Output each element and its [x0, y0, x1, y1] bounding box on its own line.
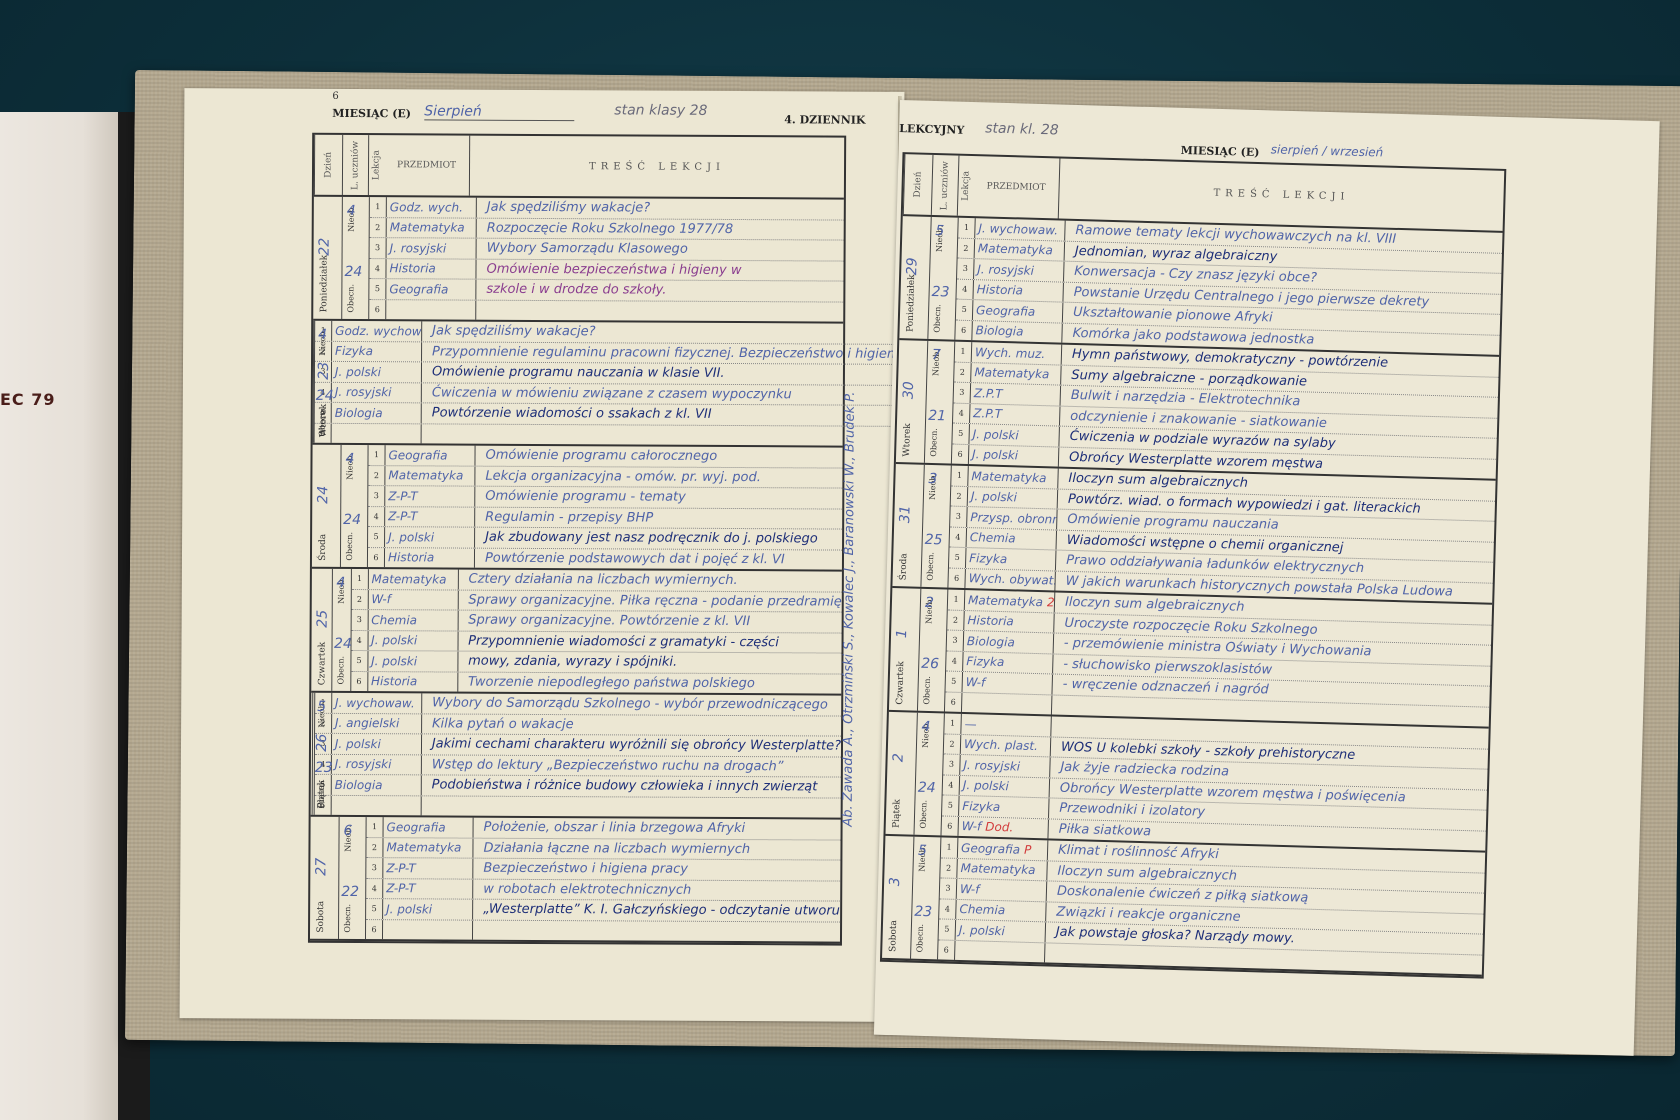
absent-count: 5: [935, 223, 944, 239]
column-header-students: L. uczniów: [931, 155, 959, 216]
lesson-number: 1: [368, 445, 385, 465]
lesson-number: 2: [954, 362, 972, 382]
lesson-row: 2MatematykaRozpoczęcie Roku Szkolnego 19…: [370, 218, 844, 241]
day-name: Wtorek: [902, 423, 913, 457]
lesson-subject: Historia: [385, 548, 475, 568]
lesson-topic: Powtórzenie podstawowych dat i pojęć z k…: [475, 548, 842, 569]
lesson-row: 1Godz. wych.Jak spędziliśmy wakacje?: [370, 197, 844, 220]
lesson-number: 5: [939, 919, 957, 939]
lesson-subject: Godz. wych.: [387, 197, 477, 217]
lesson-row: 5J. polskiJak zbudowany jest nasz podręc…: [368, 527, 842, 550]
lesson-subject: W-f: [963, 672, 1054, 694]
lesson-number: 2: [368, 466, 385, 486]
lesson-subject: J. wychowaw.: [975, 218, 1066, 240]
lesson-subject: [331, 795, 421, 815]
present-label: Obecn.: [919, 800, 929, 829]
absent-count: 4: [347, 203, 356, 219]
lesson-row: 5Geografiaszkole i w drodze do szkoły.: [369, 279, 843, 302]
day-name-cell: Czwartek1: [889, 588, 921, 711]
absent-count: 5: [317, 699, 326, 715]
lesson-subject: Matematyka: [383, 838, 473, 858]
attendance-cell: Nieob.Obecn.424: [342, 197, 370, 319]
day-name-cell: Czwartek25: [311, 569, 332, 691]
lesson-row: 3Z-P-TOmówienie programu - tematy: [368, 486, 842, 509]
lesson-subject: Matematyka: [971, 363, 1062, 385]
present-label: Obecn.: [922, 676, 932, 705]
present-label: Obecn.: [318, 408, 327, 437]
day-name: Czwartek: [895, 661, 906, 705]
lesson-topic: Przypomnienie regulaminu pracowni fizycz…: [422, 342, 944, 364]
absent-count: 4: [345, 451, 354, 467]
day-date: 22: [317, 238, 333, 256]
day-block: Środa24Nieob.Obecn.4241GeografiaOmówieni…: [312, 445, 843, 572]
lesson-rows: 1GeografiaPKlimat i roślinność Afryki2Ma…: [938, 837, 1485, 974]
margin-absence-note: Ab. Zawada A., Otrzmiński S., Kowalec J.…: [841, 392, 858, 827]
lesson-number: 2: [366, 838, 383, 858]
present-count: 23: [931, 284, 949, 300]
lesson-subject: Matematyka: [387, 218, 477, 238]
lesson-number: 1: [944, 713, 962, 733]
lesson-number: 6: [948, 568, 966, 588]
present-count: 24: [334, 636, 352, 652]
lesson-subject: Biologia: [332, 775, 422, 795]
lesson-subject: Chemia: [368, 610, 458, 630]
present-label: Obecn.: [929, 428, 939, 457]
lesson-topic: Położenie, obszar i linia brzegowa Afryk…: [474, 818, 841, 839]
present-label: Obecn.: [317, 780, 326, 809]
attendance-cell: Nieob.Obecn.325: [921, 465, 951, 588]
present-count: 24: [344, 264, 362, 280]
lesson-topic: Powtórzenie wiadomości o ssakach z kl. V…: [422, 403, 944, 425]
lesson-topic: Cztery działania na liczbach wymiernych.: [458, 570, 841, 592]
lesson-subject: Matematyka2: [965, 590, 1056, 612]
attendance-cell: Nieob.Obecn.523: [928, 217, 958, 340]
lesson-topic: Wybory Samorządu Klasowego: [477, 239, 844, 260]
lesson-number: 3: [954, 383, 972, 403]
class-size-note: stan klasy 28: [614, 102, 707, 118]
lesson-number: 5: [946, 672, 964, 692]
lesson-subject: —: [961, 714, 1052, 736]
lesson-topic: szkole i w drodze do szkoły.: [476, 280, 843, 301]
lesson-number: 3: [940, 878, 958, 898]
adjacent-book-label: EC 79: [0, 390, 56, 409]
lesson-subject: Z-P-T: [385, 507, 475, 527]
day-name: Poniedziałek: [319, 255, 329, 313]
absent-count: 3: [928, 471, 937, 487]
lesson-rows: 1J. wychowaw.Wybory do Samorządu Szkolne…: [314, 693, 841, 818]
lesson-subject: Historia: [964, 611, 1055, 633]
lesson-subject: Biologia: [964, 631, 1055, 653]
column-header-content: TREŚĆ LEKCJI: [470, 136, 844, 198]
day-block: Środa31Nieob.Obecn.3251MatematykaIloczyn…: [892, 464, 1495, 605]
lesson-number: 4: [953, 403, 971, 423]
lesson-number: 4: [956, 279, 974, 299]
lesson-subject: Historia: [368, 672, 458, 692]
lesson-row: 5BiologiaPodobieństwa i różnice budowy c…: [315, 775, 841, 798]
attendance-cell: Nieob.Obecn.424: [341, 445, 369, 567]
lesson-subject: J. wychowaw.: [332, 693, 422, 713]
lesson-number: 4: [366, 879, 383, 899]
lesson-number: 3: [351, 610, 368, 630]
lesson-topic: mowy, zdania, wyrazy i spójniki.: [458, 652, 841, 674]
lesson-rows: 1GeografiaPołożenie, obszar i linia brze…: [366, 817, 841, 941]
day-block: Sobota27Nieob.Obecn.6221GeografiaPołożen…: [310, 817, 841, 944]
day-date: 31: [897, 506, 913, 524]
lesson-subject: J. polski: [368, 651, 458, 671]
present-count: 23: [315, 760, 333, 776]
lesson-subject: Geografia: [973, 300, 1064, 322]
lesson-rows: 1Godz. wych.Jak spędziliśmy wakacje?2Mat…: [369, 197, 844, 321]
present-label: Obecn.: [346, 284, 355, 313]
lesson-row: 6HistoriaTworzenie niepodległego państwa…: [351, 672, 841, 694]
lesson-topic: Omówienie programu nauczania w klasie VI…: [422, 362, 944, 384]
lesson-row: 6: [314, 795, 840, 817]
day-name: Poniedziałek: [906, 275, 918, 333]
grade-mark: Dod.: [985, 820, 1013, 835]
lesson-subject: [955, 940, 1046, 962]
day-name-cell: Poniedziałek29: [899, 216, 931, 339]
day-name: Środa: [318, 534, 328, 561]
day-date: 3: [887, 877, 903, 886]
column-header-lesson: Lekcja: [957, 156, 975, 216]
column-header-day: Dzień: [903, 154, 933, 215]
lesson-topic: [476, 300, 843, 321]
lesson-subject: Fizyka: [963, 651, 1054, 673]
lesson-row: 2W-fSprawy organizacyjne. Piłka ręczna -…: [351, 590, 841, 613]
lesson-number: 6: [955, 320, 973, 340]
lesson-row: 6HistoriaPowtórzenie podstawowych dat i …: [368, 548, 842, 570]
lesson-row: 3Z-P-TBezpieczeństwo i higiena pracy: [366, 858, 840, 881]
lesson-row: 1J. wychowaw.Wybory do Samorządu Szkolne…: [315, 693, 841, 716]
column-header-lesson: Lekcja: [368, 135, 384, 195]
day-block: Poniedziałek22Nieob.Obecn.4241Godz. wych…: [313, 197, 844, 324]
register-title-part: LEKCYJNY: [899, 122, 964, 137]
lesson-number: 5: [366, 899, 383, 919]
lesson-number: 2: [944, 734, 962, 754]
present-label: Obecn.: [926, 552, 936, 581]
day-date: 25: [315, 610, 331, 628]
lesson-subject: J. polski: [368, 631, 458, 651]
lesson-rows: 1Wych. muz.Hymn państwowy, demokratyczny…: [952, 342, 1499, 479]
lesson-subject: W-f: [957, 879, 1048, 901]
lesson-subject: Wych. plast.: [961, 734, 1052, 756]
lesson-subject: Fizyka: [966, 548, 1057, 570]
column-header-day: Dzień: [314, 135, 342, 195]
day-date: 30: [901, 382, 917, 400]
lesson-number: 3: [947, 631, 965, 651]
lesson-topic: Lekcja organizacyjna - omów. pr. wyj. po…: [475, 466, 842, 487]
lesson-topic: Tworzenie niepodległego państwa polskieg…: [458, 672, 841, 694]
grade-mark: 2: [1047, 595, 1055, 609]
day-block: Piątek2Nieob.Obecn.4241—2Wych. plast.WOS…: [885, 712, 1488, 853]
lesson-number: 5: [351, 651, 368, 671]
lesson-row: 1MatematykaCztery działania na liczbach …: [351, 569, 841, 592]
present-count: 22: [341, 884, 359, 900]
column-header-subject: PRZEDMIOT: [973, 156, 1061, 218]
lesson-topic: Ćwiczenia w mówieniu związane z czasem w…: [422, 383, 944, 405]
lesson-rows: 1GeografiaOmówienie programu całoroczneg…: [368, 445, 843, 569]
lesson-subject: J. polski: [383, 899, 473, 919]
lesson-topic: Jakimi cechami charakteru wyróżnili się …: [422, 734, 841, 756]
lesson-number: 5: [956, 300, 974, 320]
lesson-subject: W-f: [368, 590, 458, 610]
lesson-row: 5J. polski„Westerplatte” K. I. Gałczyńsk…: [366, 899, 840, 922]
lesson-number: 3: [368, 486, 385, 506]
lesson-number: 6: [941, 816, 959, 836]
lesson-subject: Fizyka: [959, 796, 1050, 818]
lesson-row: 4J. polskiPrzypomnienie wiadomości z gra…: [351, 631, 841, 654]
present-label: Obecn.: [336, 656, 345, 685]
lesson-row: 2MatematykaLekcja organizacyjna - omów. …: [368, 466, 842, 489]
lesson-subject: [383, 920, 473, 940]
lesson-number: 5: [942, 795, 960, 815]
lesson-number: 4: [946, 651, 964, 671]
lesson-subject: Godz. wychowaw.: [332, 321, 422, 341]
lesson-subject: Historia: [386, 259, 476, 279]
lesson-number: 4: [369, 259, 386, 279]
day-block: Sobota3Nieob.Obecn.5231GeografiaPKlimat …: [882, 836, 1485, 977]
lesson-subject: Biologia: [972, 321, 1063, 343]
lesson-topic: Omówienie programu całorocznego: [475, 446, 842, 467]
lesson-subject: [962, 692, 1053, 714]
day-name-cell: Środa31: [892, 464, 924, 587]
lesson-number: 2: [947, 610, 965, 630]
lesson-row: 1GeografiaOmówienie programu całoroczneg…: [368, 445, 842, 468]
lesson-topic: Jak spędziliśmy wakacje?: [477, 198, 844, 219]
lesson-number: 1: [370, 197, 387, 217]
lesson-subject: J. rosyjski: [332, 382, 422, 402]
lesson-row: 1GeografiaPołożenie, obszar i linia brze…: [367, 817, 841, 840]
lesson-number: 2: [370, 218, 387, 238]
lesson-number: 4: [939, 899, 957, 919]
lesson-row: 4HistoriaOmówienie bezpieczeństwa i higi…: [369, 259, 843, 282]
day-block: Poniedziałek29Nieob.Obecn.5231J. wychowa…: [899, 216, 1502, 357]
lesson-subject: Matematyka: [368, 569, 458, 589]
lesson-rows: 1—2Wych. plast.WOS U kolebki szkoły - sz…: [941, 713, 1488, 850]
lesson-number: 3: [370, 238, 387, 258]
lesson-grid-right: DzieńL. uczniówLekcjaPRZEDMIOTTREŚĆ LEKC…: [880, 152, 1506, 979]
lesson-number: 3: [950, 507, 968, 527]
day-name-cell: Środa24: [312, 445, 342, 567]
month-value: sierpień / wrzesień: [1271, 142, 1384, 159]
lesson-number: 3: [366, 858, 383, 878]
lesson-subject: J. polski: [968, 487, 1059, 509]
lesson-rows: 1MatematykaCztery działania na liczbach …: [351, 569, 842, 694]
absent-count: 2: [925, 595, 934, 611]
absent-count: 6: [344, 823, 353, 839]
lesson-rows: 1MatematykaIloczyn sum algebraicznych2J.…: [948, 466, 1495, 603]
day-name: Sobota: [888, 920, 899, 952]
day-name-cell: Sobota27: [310, 817, 340, 939]
lesson-subject: Z-P-T: [385, 486, 475, 506]
lesson-subject: Historia: [973, 280, 1064, 302]
lesson-number: 4: [943, 775, 961, 795]
lesson-number: 5: [368, 527, 385, 547]
lesson-row: 2J. angielskiKilka pytań o wakacje: [315, 713, 841, 736]
day-date: 29: [904, 258, 920, 276]
lesson-topic: Sprawy organizacyjne. Powtórzenie z kl. …: [458, 611, 841, 633]
absent-count: 5: [918, 843, 927, 859]
right-page: LEKCYJNY stan kl. 28 MIESIĄC (E) sierpie…: [874, 100, 1660, 1056]
present-count: 23: [914, 904, 932, 920]
adjacent-book-pages: [0, 112, 118, 1120]
lesson-subject: J. polski: [385, 527, 475, 547]
attendance-cell: Nieob.Obecn.424: [914, 713, 944, 836]
lesson-number: 6: [369, 300, 386, 320]
lesson-subject: Wych. muz.: [972, 342, 1063, 364]
lesson-subject: [332, 423, 422, 443]
class-size-note: stan kl. 28: [985, 120, 1059, 138]
lesson-row: 6: [366, 920, 840, 942]
lesson-number: 1: [951, 466, 969, 486]
table-header: DzieńL. uczniówLekcjaPRZEDMIOTTREŚĆ LEKC…: [314, 135, 844, 200]
lesson-subject: Geografia: [386, 279, 476, 299]
lesson-number: 6: [945, 692, 963, 712]
lesson-rows: 1J. wychowaw.Ramowe tematy lekcji wychow…: [955, 218, 1502, 355]
lesson-subject: [386, 300, 476, 320]
day-name-cell: Piątek2: [886, 712, 918, 835]
lesson-number: 1: [958, 218, 976, 238]
attendance-cell: Nieob.Obecn.226: [918, 589, 948, 712]
column-header-content: TREŚĆ LEKCJI: [1059, 159, 1505, 231]
lesson-row: 4Z-P-TRegulamin - przepisy BHP: [368, 507, 842, 530]
lesson-topic: Jak zbudowany jest nasz podręcznik do j.…: [475, 528, 842, 549]
lesson-topic: Jak spędziliśmy wakacje?: [422, 321, 944, 343]
lesson-topic: w robotach elektrotechnicznych: [473, 879, 840, 900]
lesson-subject: Matematyka: [385, 466, 475, 486]
lesson-number: 1: [351, 569, 368, 589]
lesson-subject: J. polski: [956, 920, 1047, 942]
lesson-subject: J. rosyjski: [332, 754, 422, 774]
day-name: Czwartek: [317, 641, 327, 684]
lesson-number: 3: [943, 754, 961, 774]
absent-count: 4: [318, 327, 327, 343]
lesson-subject: J. polski: [960, 775, 1051, 797]
lesson-subject: J. angielski: [332, 713, 422, 733]
lesson-topic: Rozpoczęcie Roku Szkolnego 1977/78: [477, 218, 844, 239]
lesson-number: 3: [957, 259, 975, 279]
lesson-number: 6: [938, 940, 956, 960]
lesson-topic: Omówienie programu - tematy: [475, 487, 842, 508]
day-block: Piątek26Nieob.Obecn.5231J. wychowaw.Wybo…: [311, 693, 842, 820]
lesson-topic: „Westerplatte” K. I. Gałczyńskiego - odc…: [473, 900, 840, 921]
lesson-number: 5: [949, 548, 967, 568]
day-date: 26: [314, 734, 330, 752]
day-block: Czwartek25Nieob.Obecn.4241MatematykaCzte…: [311, 569, 842, 696]
lesson-number: 5: [952, 424, 970, 444]
lesson-subject: J. polski: [332, 734, 422, 754]
day-block: Wtorek30Nieob.Obecn.7211Wych. muz.Hymn p…: [896, 340, 1499, 481]
day-name-cell: Wtorek30: [896, 340, 928, 463]
lesson-number: 6: [368, 548, 385, 568]
lesson-number: 4: [950, 527, 968, 547]
lesson-subject: Wych. obywat.: [965, 569, 1056, 591]
grade-mark: P: [1024, 843, 1032, 857]
lesson-row: 5J. polskimowy, zdania, wyrazy i spójnik…: [351, 651, 841, 674]
lesson-topic: Wstęp do lektury „Bezpieczeństwo ruchu n…: [422, 755, 841, 777]
lesson-topic: Bezpieczeństwo i higiena pracy: [473, 859, 840, 880]
lesson-subject: J. rosyjski: [960, 755, 1051, 777]
lesson-subject: Fizyka: [332, 341, 422, 361]
lesson-topic: [421, 796, 840, 818]
lesson-number: 1: [948, 590, 966, 610]
lesson-subject: Przysp. obronne: [967, 507, 1058, 529]
lesson-row: 3J. rosyjskiWybory Samorządu Klasowego: [370, 238, 844, 261]
lesson-subject: Matematyka: [968, 466, 1059, 488]
day-name: Środa: [899, 553, 910, 580]
lesson-number: 1: [955, 342, 973, 362]
attendance-cell: Nieob.Obecn.721: [925, 341, 955, 464]
present-count: 25: [925, 532, 943, 548]
lesson-subject: Z.P.T: [970, 404, 1061, 426]
lesson-subject: J. polski: [969, 424, 1060, 446]
absent-count: 4: [921, 719, 930, 735]
lesson-number: 6: [351, 672, 368, 692]
present-count: 21: [928, 408, 946, 424]
lesson-subject: Chemia: [956, 899, 1047, 921]
day-date: 27: [313, 858, 329, 876]
lesson-topic: Regulamin - przepisy BHP: [475, 507, 842, 528]
lesson-row: 2MatematykaDziałania łączne na liczbach …: [366, 838, 840, 861]
lesson-number: 1: [941, 837, 959, 857]
page-number: 6: [332, 91, 338, 102]
lesson-subject: J. polski: [969, 445, 1060, 467]
day-date: 1: [894, 630, 910, 639]
present-label: Obecn.: [345, 532, 354, 561]
lesson-topic: [422, 424, 944, 446]
lesson-row: 4Z-P-Tw robotach elektrotechnicznych: [366, 879, 840, 902]
lesson-number: 2: [958, 238, 976, 258]
present-label: Obecn.: [915, 924, 925, 953]
attendance-cell: Nieob.Obecn.523: [911, 837, 941, 960]
present-label: Obecn.: [933, 304, 943, 333]
lesson-row: 6: [369, 300, 843, 322]
lesson-subject: Z-P-T: [383, 879, 473, 899]
lesson-number: 6: [366, 920, 383, 940]
lesson-row: 4J. rosyjskiWstęp do lektury „Bezpieczeń…: [315, 754, 841, 777]
lesson-subject: J. rosyjski: [974, 259, 1065, 281]
column-header-subject: PRZEDMIOT: [384, 135, 470, 195]
absent-count: 4: [336, 575, 345, 591]
lesson-number: 5: [369, 279, 386, 299]
day-block: Wtorek23Nieob.Obecn.4241Godz. wychowaw.J…: [313, 321, 844, 448]
lesson-topic: Podobieństwa i różnice budowy człowieka …: [422, 775, 841, 797]
lesson-topic: Kilka pytań o wakacje: [422, 714, 841, 736]
day-date: 2: [891, 753, 907, 762]
present-count: 24: [343, 512, 361, 528]
register-title-part: 4. DZIENNIK: [784, 113, 865, 126]
attendance-cell: Nieob.Obecn.424: [332, 569, 352, 691]
lesson-number: 2: [351, 590, 368, 610]
absent-count: 7: [932, 347, 941, 363]
month-label: MIESIĄC (E): [332, 107, 411, 120]
lesson-subject: Chemia: [967, 528, 1058, 550]
attendance-cell: Nieob.Obecn.622: [339, 817, 367, 939]
lesson-subject: W-fDod.: [958, 816, 1049, 838]
lesson-topic: Przypomnienie wiadomości z gramatyki - c…: [458, 631, 841, 653]
lesson-row: 3J. polskiJakimi cechami charakteru wyró…: [315, 734, 841, 757]
present-count: 26: [921, 656, 939, 672]
lesson-topic: Działania łączne na liczbach wymiernych: [473, 838, 840, 859]
present-label: Obecn.: [343, 904, 352, 933]
lesson-number: 6: [952, 444, 970, 464]
day-date: 23: [316, 362, 332, 380]
lesson-topic: Omówienie bezpieczeństwa i higieny w: [476, 259, 843, 280]
lesson-subject: Geografia: [384, 817, 474, 837]
present-count: 24: [316, 388, 334, 404]
lesson-number: 1: [367, 817, 384, 837]
present-count: 24: [918, 780, 936, 796]
